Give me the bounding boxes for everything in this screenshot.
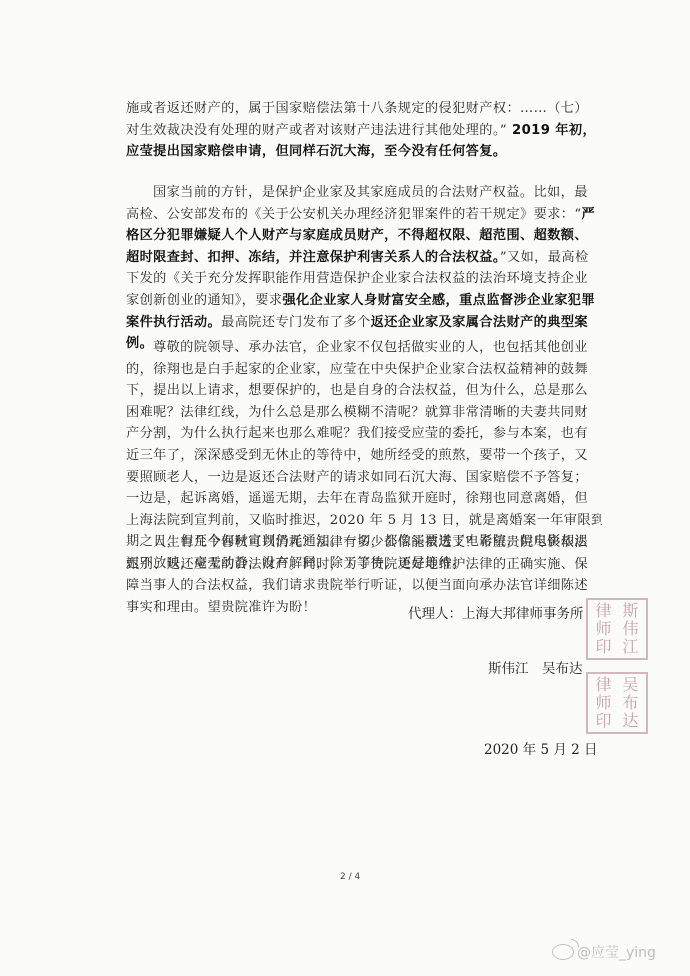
text-line: 下发的《关于充分发挥职能作用营造保护企业家合法权益的法治环境支持企业 [126,268,602,290]
seal-character: 律 [590,602,617,620]
document-page: 施或者返还财产的，属于国家赔偿法第十八条规定的侵犯财产权：……（七）对生效裁决没… [0,0,690,976]
text-line: 上海法院到宣判前，又临时推迟，2020 年 5 月 13 日，就是离婚案一年审限… [126,510,602,532]
text-segment: 的，徐翔也是白手起家的企业家，应莹在中央保护企业家合法权益精神的鼓舞 [126,362,588,377]
text-segment: 施或者返还财产的，属于国家赔偿法第十八条规定的侵犯财产权：……（七） [126,101,588,116]
text-line: 产分割，为什么执行起来也那么难呢？我们接受应莹的委托，参与本案，也有 [126,423,602,445]
page-number: 2 / 4 [340,872,360,882]
text-line: 家创新创业的通知》，要求强化企业家人身财富安全感，重点监督涉企业家犯罪 [126,290,602,312]
text-segment: 国家当前的方针，是保护企业家及其家庭成员的合法财产权益。比如，最 [153,185,588,200]
text-segment: 下，提出以上请求，想要保护的，也是自身的合法权益，但为什么，总是那么 [126,383,588,398]
watermark-text: @应莹_ying [577,942,656,962]
agent-firm: 代理人：上海大邦律师事务所 [408,602,584,622]
bold-text-segment: 2019 年初， [507,123,596,138]
text-line: 格区分犯罪嫌疑人个人财产与家庭成员财产，不得超权限、超范围、超数额、 [126,225,602,247]
text-segment: 最高院还专门发布了多个 [221,315,370,330]
seal-character: 律 [590,676,617,694]
text-segment: 高检、公安部发布的《关于公安机关办理经济犯罪案件的若干规定》要求：“ [126,207,582,222]
text-line: 对生效裁决没有处理的财产或者对该财产违法进行其他处理的。” 2019 年初， [126,120,602,142]
text-line: 一边是，起诉离婚，遥遥无期，去年在青岛监狱开庭时，徐翔也同意离婚，但 [126,488,602,510]
text-segment: 困难呢？法律红线，为什么总是那么模糊不清呢？就算非常清晰的夫妻共同财 [126,405,588,420]
bold-text-segment: 案件执行活动。 [126,315,221,330]
seal-stamp-2: 律吴师布印达 [586,672,648,734]
text-line: 近三年了，深深感受到无休止的等待中，她所经受的煎熬，要带一个孩子，又 [126,445,602,467]
weibo-logo-icon [552,944,574,960]
text-segment: 家创新创业的通知》，要求 [126,293,282,308]
bold-text-segment: 超时限查封、扣押、冻结，并注意保护利害关系人的合法权益。 [126,250,500,265]
text-segment: 产分割，为什么执行起来也那么难呢？我们接受应莹的委托，参与本案，也有 [126,426,588,441]
text-line: 应莹提出国家赔偿申请，但同样石沉大海，至今没有任何答复。 [126,141,602,163]
text-segment: 事实和理由。望贵院准许为盼！ [126,600,316,615]
text-segment: 甄别、返还应莹的合法财产。同时，为了贵院更好地维护法律的正确实施、保 [126,557,588,572]
bold-text-segment: 强化企业家人身财富安全感，重点监督涉企业家犯罪 [282,293,595,308]
weibo-watermark: @应莹_ying [552,942,656,962]
seal-character: 师 [590,694,617,712]
seal-character: 师 [590,620,617,638]
bold-text-segment: 格区分犯罪嫌疑人个人财产与家庭成员财产，不得超权限、超范围、超数额、 [126,228,588,243]
text-segment: 人生有几个春秋可以消耗？法律有多少公信能被透支？希望贵院尽快依法 [153,535,588,550]
bold-text-segment: 返还企业家及家属合法财产的典型案 [371,315,588,330]
text-segment: 近三年了，深深感受到无休止的等待中，她所经受的煎熬，要带一个孩子，又 [126,448,588,463]
lawyer-names: 斯伟江 吴布达 [488,657,583,677]
paragraph-1: 施或者返还财产的，属于国家赔偿法第十八条规定的侵犯财产权：……（七）对生效裁决没… [126,98,602,163]
seal-stamp-1: 律斯师伟印江 [586,598,648,660]
seal-character: 布 [617,694,644,712]
bold-text-segment: 严 [582,207,596,222]
text-segment: 对生效裁决没有处理的财产或者对该财产违法进行其他处理的。” [126,123,507,138]
seal-character: 斯 [617,602,644,620]
text-segment: ”又如，最高检 [500,250,589,265]
paragraph-2: 国家当前的方针，是保护企业家及其家庭成员的合法财产权益。比如，最高检、公安部发布… [126,182,602,355]
text-line: 高检、公安部发布的《关于公安机关办理经济犯罪案件的若干规定》要求：“严 [126,204,602,226]
text-segment: 上海法院到宣判前，又临时推迟，2020 年 5 月 13 日，就是离婚案一年审限… [126,513,602,528]
text-line: 案件执行活动。最高院还专门发布了多个返还企业家及家属合法财产的典型案 [126,312,602,334]
bold-text-segment: 应莹提出国家赔偿申请，但同样石沉大海，至今没有任何答复。 [126,144,506,159]
text-line: 人生有几个春秋可以消耗？法律有多少公信能被透支？希望贵院尽快依法 [126,532,602,554]
text-segment: 障当事人的合法权益，我们请求贵院举行听证，以便当面向承办法官详细陈述 [126,578,588,593]
seal-character: 江 [617,638,644,656]
text-line: 施或者返还财产的，属于国家赔偿法第十八条规定的侵犯财产权：……（七） [126,98,602,120]
seal-character: 伟 [617,620,644,638]
seal-character: 达 [617,712,644,730]
text-line: 要照顾老人，一边是返还合法财产的请求如同石沉大海、国家赔偿不予答复； [126,467,602,489]
text-line: 尊敬的院领导、承办法官，企业家不仅包括做实业的人，也包括其他创业 [126,337,602,359]
seal-character: 吴 [617,676,644,694]
text-line: 障当事人的合法权益，我们请求贵院举行听证，以便当面向承办法官详细陈述 [126,575,602,597]
text-segment: 下发的《关于充分发挥职能作用营造保护企业家合法权益的法治环境支持企业 [126,271,588,286]
seal-character: 印 [590,638,617,656]
text-line: 国家当前的方针，是保护企业家及其家庭成员的合法财产权益。比如，最 [126,182,602,204]
text-line: 的，徐翔也是白手起家的企业家，应莹在中央保护企业家合法权益精神的鼓舞 [126,359,602,381]
text-segment: 要照顾老人，一边是返还合法财产的请求如同石沉大海、国家赔偿不予答复； [126,470,588,485]
text-line: 困难呢？法律红线，为什么总是那么模糊不清呢？就算非常清晰的夫妻共同财 [126,402,602,424]
signature-date: 2020 年 5 月 2 日 [484,738,598,758]
text-line: 超时限查封、扣押、冻结，并注意保护利害关系人的合法权益。”又如，最高检 [126,247,602,269]
text-line: 甄别、返还应莹的合法财产。同时，为了贵院更好地维护法律的正确实施、保 [126,554,602,576]
text-segment: 尊敬的院领导、承办法官，企业家不仅包括做实业的人，也包括其他创业 [153,340,588,355]
text-segment: 一边是，起诉离婚，遥遥无期，去年在青岛监狱开庭时，徐翔也同意离婚，但 [126,491,588,506]
text-line: 下，提出以上请求，想要保护的，也是自身的合法权益，但为什么，总是那么 [126,380,602,402]
seal-character: 印 [590,712,617,730]
